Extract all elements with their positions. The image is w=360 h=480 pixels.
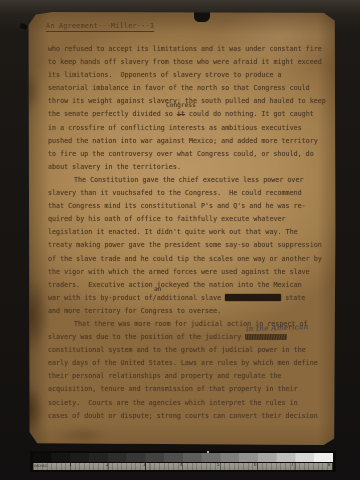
typed-insertion: Congress — [166, 102, 196, 109]
ruler: INCHES 1 2 3 4 5 6 7 8 — [33, 463, 333, 470]
typed-line: who refused to accept its limitations an… — [48, 43, 332, 56]
calibration-strip: INCHES 1 2 3 4 5 6 7 8 — [30, 451, 336, 472]
border-mark — [19, 23, 27, 30]
archival-scan: An Agreement---Miller---3 who refused to… — [0, 0, 360, 480]
typed-line: cases of doubt or dispute; strong courts… — [48, 410, 332, 423]
ruler-number: 7 — [291, 463, 294, 467]
typed-text: could do nothing. It got caught — [185, 110, 314, 118]
typed-line: and more territory for Congress to overs… — [48, 305, 332, 318]
ruler-number: 6 — [254, 463, 257, 467]
registration-dot — [207, 451, 209, 453]
typed-line-with-redaction: anwar with its by-product of/additional … — [48, 292, 332, 305]
ruler-number: 3 — [143, 463, 146, 467]
typed-line: slavery than it vouchsafed to the Congre… — [48, 187, 332, 200]
typed-line: treaty making power gave the president s… — [48, 239, 332, 252]
typed-line: early days of the United States. Laws ar… — [48, 357, 332, 370]
struck-out-word: it — [177, 110, 185, 118]
ruler-number: 2 — [106, 463, 109, 467]
typed-line: to keep hands off slavery from those who… — [48, 56, 332, 69]
ruler-number: 4 — [180, 463, 183, 467]
redaction-bar — [225, 294, 281, 301]
typed-text-block: who refused to accept its limitations an… — [48, 43, 332, 423]
grayscale-step-wedge — [33, 453, 333, 462]
typed-line: its limitations. Opponents of slavery st… — [48, 69, 332, 82]
handwritten-annotation: in the American — [246, 323, 309, 332]
typed-line: in a crossfire of conflicting interests … — [48, 122, 332, 135]
typed-line: society. Courts are the agencies which i… — [48, 397, 332, 410]
typed-line: the vigor with which the armed forces we… — [48, 266, 332, 279]
typed-text: the senate perfectly divided so — [48, 110, 177, 118]
ruler-number: 1 — [69, 463, 72, 467]
ruler-number: 5 — [217, 463, 220, 467]
typed-text: war with its by-product of/ — [48, 294, 157, 302]
scribbled-out-word — [245, 334, 287, 340]
typed-insertion: an — [154, 286, 161, 293]
typed-text: slavery was due to the position of the j… — [48, 333, 245, 341]
typed-line: to fire up the controversy over what Con… — [48, 148, 332, 161]
typed-text: additional slave — [157, 294, 225, 302]
typed-line: acquisition, tenure and transmission of … — [48, 383, 332, 396]
clip-notch — [194, 11, 210, 22]
typed-line: their personal relationships and propert… — [48, 370, 332, 383]
page-header: An Agreement---Miller---3 — [46, 22, 154, 32]
typed-line: traders. Executive action jockeyed the n… — [48, 279, 332, 292]
typed-line: quired by his oath of office to faithful… — [48, 213, 332, 226]
typed-line: that Congress mind its constitutional P'… — [48, 200, 332, 213]
paper-stain — [23, 384, 43, 436]
typed-line: senatorial imbalance in favor of the nor… — [48, 82, 332, 95]
document-page: An Agreement---Miller---3 who refused to… — [28, 12, 336, 445]
paper-stain — [58, 427, 108, 443]
ruler-number: 8 — [328, 463, 331, 467]
typed-line-with-annotation: in the Americanslavery was due to the po… — [48, 331, 332, 344]
ruler-unit-label: INCHES — [34, 464, 47, 468]
typed-line: The Constitution gave the chief executiv… — [48, 174, 332, 187]
paper-stain — [24, 280, 48, 352]
typed-line-with-correction: Congressthe senate perfectly divided so … — [48, 108, 332, 121]
typed-line: about slavery in the territories. — [48, 161, 332, 174]
typed-text: state — [281, 294, 305, 302]
typed-line: pushed the nation into war against Mexic… — [48, 135, 332, 148]
paper-stain — [25, 72, 39, 112]
typed-line: constitutional system and to the growth … — [48, 344, 332, 357]
typed-line: of the slave trade and he could tip the … — [48, 253, 332, 266]
typed-line: legislation it enacted. It didn't quite … — [48, 226, 332, 239]
